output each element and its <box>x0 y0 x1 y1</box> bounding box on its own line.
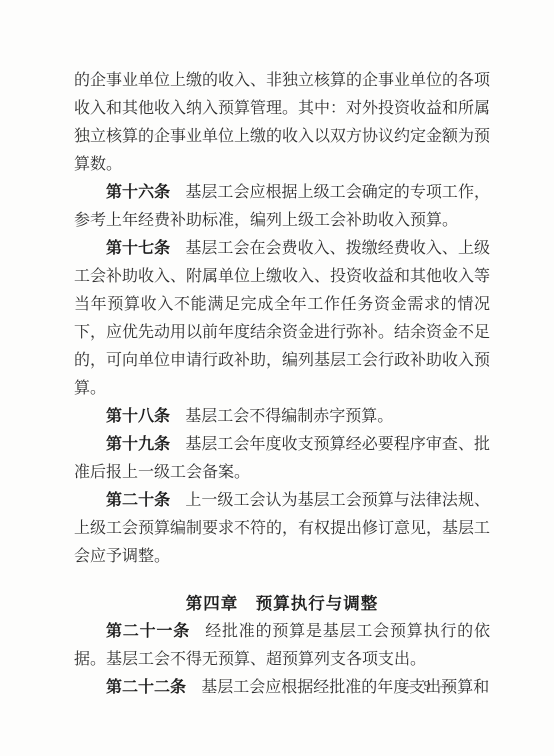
page-number: — 9 — <box>400 679 457 695</box>
body-paragraphs: 的企事业单位上缴的收入、非独立核算的企事业单位的各项收入和其他收入纳入预算管理。… <box>74 67 490 571</box>
article-number: 第十七条 <box>106 240 170 257</box>
paragraph-text: 的企事业单位上缴的收入、非独立核算的企事业单位的各项收入和其他收入纳入预算管理。… <box>74 72 490 173</box>
article-number: 第二十条 <box>106 492 170 509</box>
paragraph: 第十八条基层工会不得编制赤字预算。 <box>74 403 490 431</box>
paragraph: 第十六条基层工会应根据上级工会确定的专项工作，参考上年经费补助标准，编列上级工会… <box>74 179 490 235</box>
paragraph: 第十九条基层工会年度收支预算经必要程序审查、批准后报上一级工会备案。 <box>74 431 490 487</box>
paragraph-text: 基层工会在会费收入、拨缴经费收入、上级工会补助收入、附属单位上缴收入、投资收益和… <box>74 240 490 397</box>
page-content: 的企事业单位上缴的收入、非独立核算的企事业单位的各项收入和其他收入纳入预算管理。… <box>74 67 490 702</box>
paragraph-text: 基层工会不得编制赤字预算。 <box>185 408 393 425</box>
paragraph: 第二十一条经批准的预算是基层工会预算执行的依据。基层工会不得无预算、超预算列支各… <box>74 618 490 674</box>
chapter-heading: 第四章 预算执行与调整 <box>74 590 490 618</box>
paragraph: 第二十条上一级工会认为基层工会预算与法律法规、上级工会预算编制要求不符的，有权提… <box>74 487 490 571</box>
paragraph: 第十七条基层工会在会费收入、拨缴经费收入、上级工会补助收入、附属单位上缴收入、投… <box>74 235 490 403</box>
article-number: 第十八条 <box>106 408 170 425</box>
article-number: 第二十一条 <box>106 623 190 640</box>
document-page: 的企事业单位上缴的收入、非独立核算的企事业单位的各项收入和其他收入纳入预算管理。… <box>0 0 554 756</box>
paragraph: 的企事业单位上缴的收入、非独立核算的企事业单位的各项收入和其他收入纳入预算管理。… <box>74 67 490 179</box>
article-number: 第二十二条 <box>106 679 186 696</box>
article-number: 第十六条 <box>106 184 170 201</box>
article-number: 第十九条 <box>106 436 170 453</box>
